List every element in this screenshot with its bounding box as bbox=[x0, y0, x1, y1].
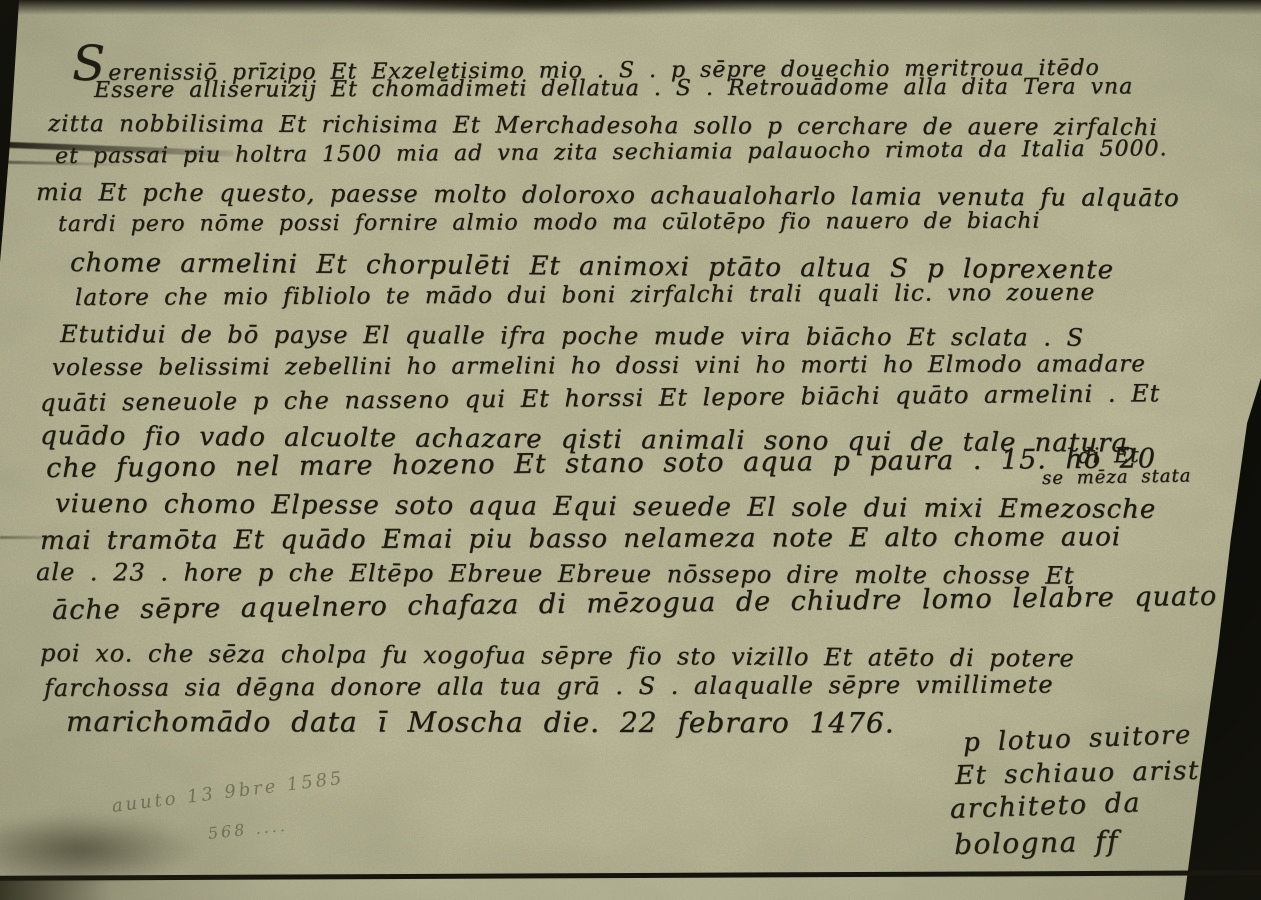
letter-line-19: farchossa sia dēgna donore alla tua grā … bbox=[44, 672, 1054, 700]
manuscript-letter-scan: Serenissiō prīzipo Et Exzeletisimo mio .… bbox=[0, 0, 1261, 900]
signature-line-1: p lotuo suitore bbox=[963, 722, 1193, 756]
letter-line-15: mai tramōta Et quādo Emai piu basso nela… bbox=[40, 524, 1121, 554]
letter-line-6: tardi pero nōme possi fornire almio modo… bbox=[58, 211, 1041, 236]
letter-line-10: volesse belissimi zebellini ho armelini … bbox=[52, 353, 1146, 380]
letter-line-13-inset-se-meza: se mēza stata bbox=[1042, 467, 1192, 488]
letter-line-20: marichomādo data ī Moscha die. 22 febrar… bbox=[66, 708, 895, 737]
letter-line-8: latore che mio fibliolo te mādo dui boni… bbox=[75, 282, 1095, 310]
letter-line-3: zitta nobbilisima Et richisima Et Mercha… bbox=[48, 113, 1158, 140]
signature-line-4: bologna ff bbox=[954, 828, 1119, 859]
letter-line-5: mia Et pche questo, paesse molto dolorox… bbox=[36, 180, 1180, 210]
signature-line-2: Et schiauo aristotil bbox=[955, 757, 1249, 789]
letter-line-18: poi xo. che sēza cholpa fu xogofua sēpre… bbox=[40, 641, 1075, 670]
letter-line-14: viueno chomo Elpesse soto aqua Equi seue… bbox=[55, 491, 1156, 523]
letter-line-13-inset-di-et: di Et bbox=[1078, 445, 1140, 467]
letter-line-7: chome armelini Et chorpulēti Et animoxi … bbox=[70, 250, 1114, 283]
scan-top-blotch bbox=[330, 0, 760, 16]
letter-line-2: Essere alliseruizij Et chomādimeti della… bbox=[94, 76, 1133, 102]
letter-line-9: Etutidui de bō payse El qualle ifra poch… bbox=[60, 322, 1084, 350]
scan-bottom-strip bbox=[0, 878, 1261, 900]
signature-line-3: architeto da bbox=[950, 789, 1142, 823]
